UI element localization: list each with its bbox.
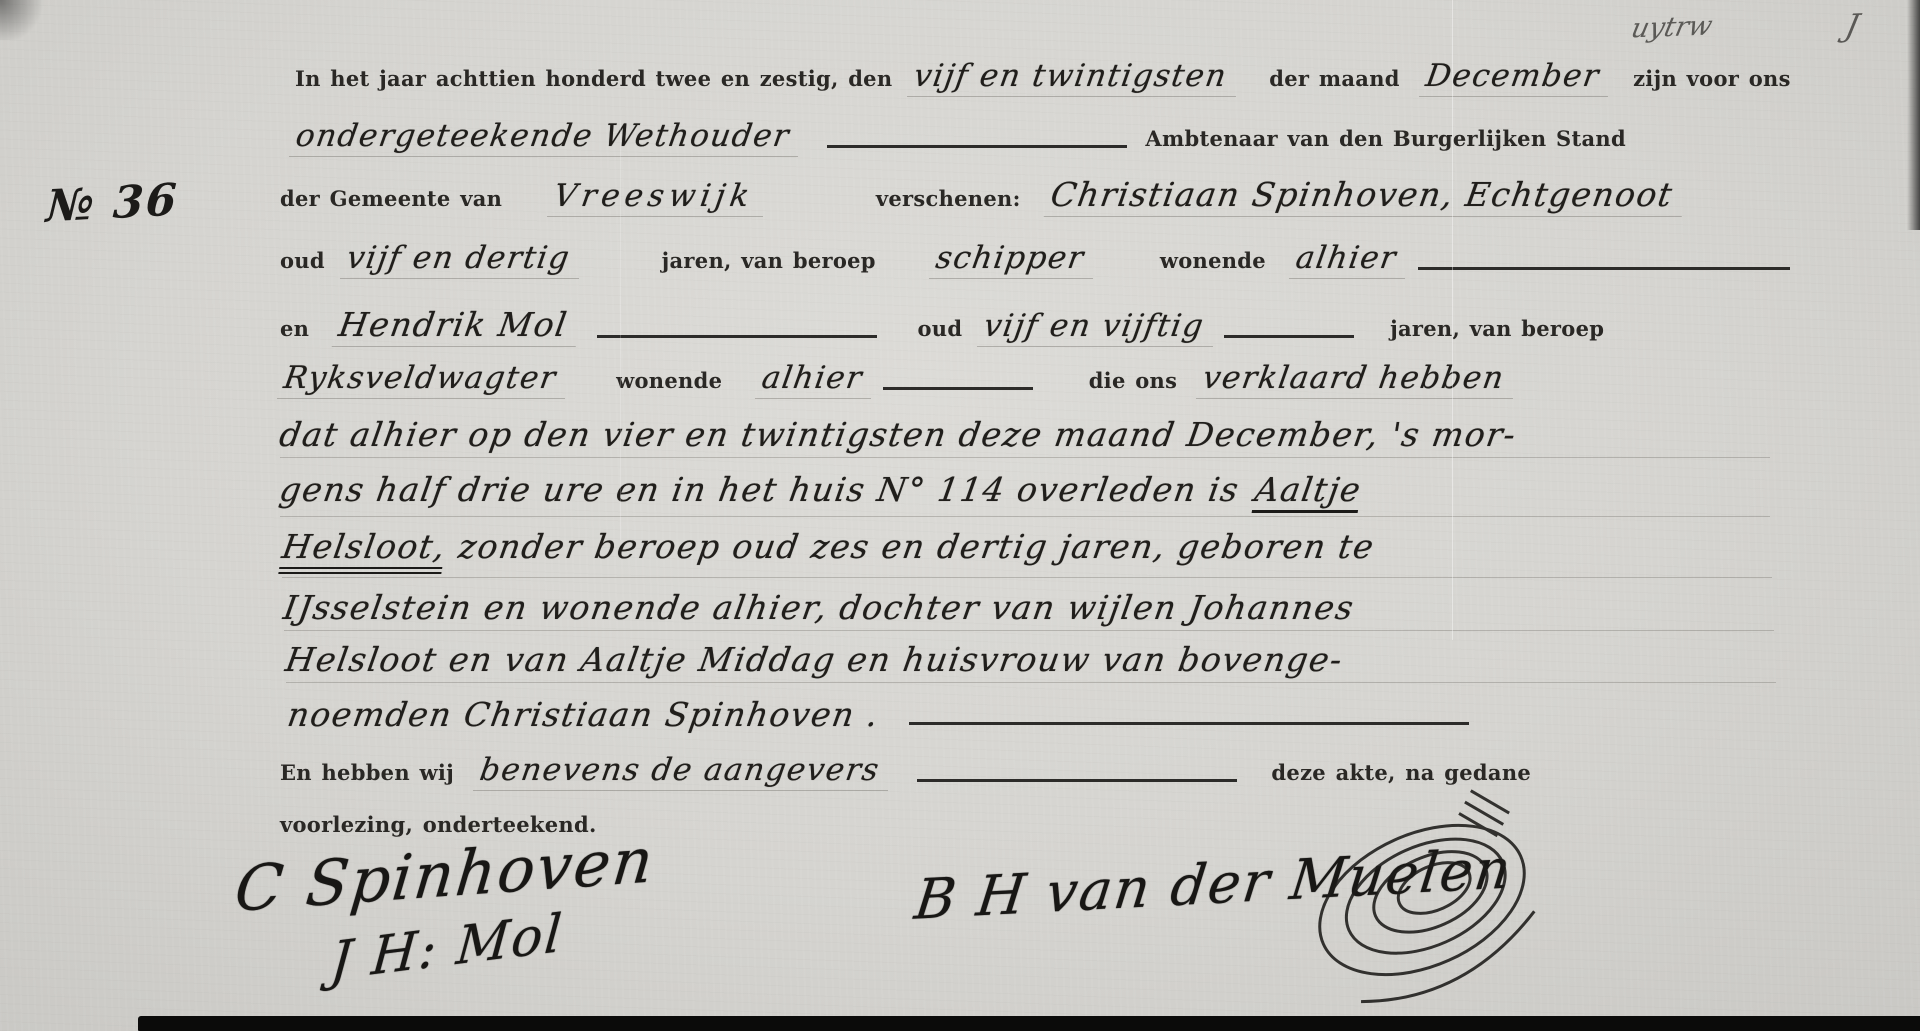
act-line: Helsloot en van Aaltje Middag en huisvro… bbox=[286, 640, 1776, 683]
blank-rule bbox=[909, 722, 1469, 725]
handwritten-declaration: gens half drie ure en in het huis N° 114… bbox=[277, 470, 1242, 509]
signature-flourish bbox=[1295, 788, 1550, 1013]
scan-scratch bbox=[1452, 0, 1453, 640]
act-line: In het jaar achttien honderd twee en zes… bbox=[295, 58, 1855, 97]
printed-text: In het jaar achttien honderd twee en zes… bbox=[295, 66, 892, 91]
scan-edge-shadow bbox=[1907, 0, 1920, 230]
act-line: oud vijf en dertig jaren, van beroep sch… bbox=[280, 240, 1790, 279]
handwritten-residence: alhier bbox=[755, 360, 878, 399]
handwritten-text: benevens de aangevers bbox=[473, 752, 895, 791]
printed-text: verschenen: bbox=[876, 186, 1021, 211]
handwritten-deceased-surname: Helsloot, bbox=[278, 527, 449, 574]
handwritten-text: verklaard hebben bbox=[1196, 360, 1519, 399]
act-line: IJsselstein en wonende alhier, dochter v… bbox=[284, 588, 1774, 631]
handwritten-declaration: Helsloot en van Aaltje Middag en huisvro… bbox=[283, 640, 1346, 679]
blank-rule bbox=[827, 145, 1127, 148]
corner-annotation-2: J bbox=[1842, 8, 1862, 44]
blank-rule bbox=[883, 387, 1033, 390]
handwritten-declaration: noemden Christiaan Spinhoven . bbox=[285, 695, 882, 734]
death-record-page: { "document": { "act_number": "№ 36", "c… bbox=[0, 0, 1920, 1031]
handwritten-declarant-2: Hendrik Mol bbox=[332, 305, 583, 347]
handwritten-day: vijf en twintigsten bbox=[907, 58, 1242, 97]
act-line: noemden Christiaan Spinhoven . bbox=[288, 695, 1778, 734]
blank-rule bbox=[597, 335, 877, 338]
act-line: der Gemeente van Vreeswijk verschenen: C… bbox=[280, 175, 1820, 217]
act-line: En hebben wij benevens de aangevers deze… bbox=[280, 752, 1790, 791]
act-line: en Hendrik Mol oud vijf en vijftig jaren… bbox=[280, 305, 1790, 347]
act-line: ondergeteekende Wethouder Ambtenaar van … bbox=[292, 118, 1792, 157]
printed-text: der Gemeente van bbox=[280, 186, 502, 211]
handwritten-profession: Ryksveldwagter bbox=[277, 360, 571, 399]
signature-declarant-1: C Spinhoven bbox=[232, 823, 659, 926]
act-line: gens half drie ure en in het huis N° 114… bbox=[280, 470, 1770, 517]
handwritten-age: vijf en dertig bbox=[340, 240, 585, 279]
scan-corner-shadow bbox=[0, 0, 46, 40]
handwritten-residence: alhier bbox=[1289, 240, 1412, 279]
act-line: Ryksveldwagter wonende alhier die ons ve… bbox=[280, 360, 1790, 399]
printed-text: oud bbox=[280, 248, 325, 273]
handwritten-declaration: IJsselstein en wonende alhier, dochter v… bbox=[281, 588, 1357, 627]
corner-annotation: uytrw bbox=[1628, 11, 1715, 45]
handwritten-deceased-firstname: Aaltje bbox=[1252, 470, 1365, 513]
printed-text: wonende bbox=[1160, 248, 1266, 273]
printed-text: jaren, van beroep bbox=[662, 248, 876, 273]
act-line: dat alhier op den vier en twintigsten de… bbox=[280, 415, 1770, 458]
printed-text: En hebben wij bbox=[280, 760, 454, 785]
blank-rule bbox=[1418, 267, 1790, 270]
blank-rule bbox=[917, 779, 1237, 782]
printed-text: en bbox=[280, 316, 309, 341]
printed-text: Ambtenaar van den Burgerlijken Stand bbox=[1145, 126, 1626, 151]
handwritten-profession: schipper bbox=[929, 240, 1099, 279]
handwritten-official-title: ondergeteekende Wethouder bbox=[289, 118, 805, 157]
handwritten-declaration: zonder beroep oud zes en dertig jaren, g… bbox=[456, 527, 1378, 566]
handwritten-declarant-1: Christiaan Spinhoven, Echtgenoot bbox=[1043, 175, 1687, 217]
scan-scratch bbox=[620, 120, 621, 540]
scan-bottom-edge bbox=[138, 1016, 1920, 1031]
act-number: № 36 bbox=[45, 174, 180, 232]
handwritten-declaration: dat alhier op den vier en twintigsten de… bbox=[277, 415, 1520, 454]
act-line: Helsloot, zonder beroep oud zes en derti… bbox=[282, 527, 1772, 578]
printed-text: der maand bbox=[1269, 66, 1400, 91]
printed-text: zijn voor ons bbox=[1633, 66, 1791, 91]
handwritten-month: December bbox=[1419, 58, 1614, 97]
printed-text: wonende bbox=[616, 368, 722, 393]
printed-text: jaren, van beroep bbox=[1390, 316, 1604, 341]
blank-rule bbox=[1224, 335, 1354, 338]
printed-text: die ons bbox=[1089, 368, 1178, 393]
printed-text: oud bbox=[917, 316, 962, 341]
handwritten-municipality: Vreeswijk bbox=[547, 178, 769, 217]
handwritten-age: vijf en vijftig bbox=[977, 308, 1219, 347]
printed-text: deze akte, na gedane bbox=[1271, 760, 1531, 785]
